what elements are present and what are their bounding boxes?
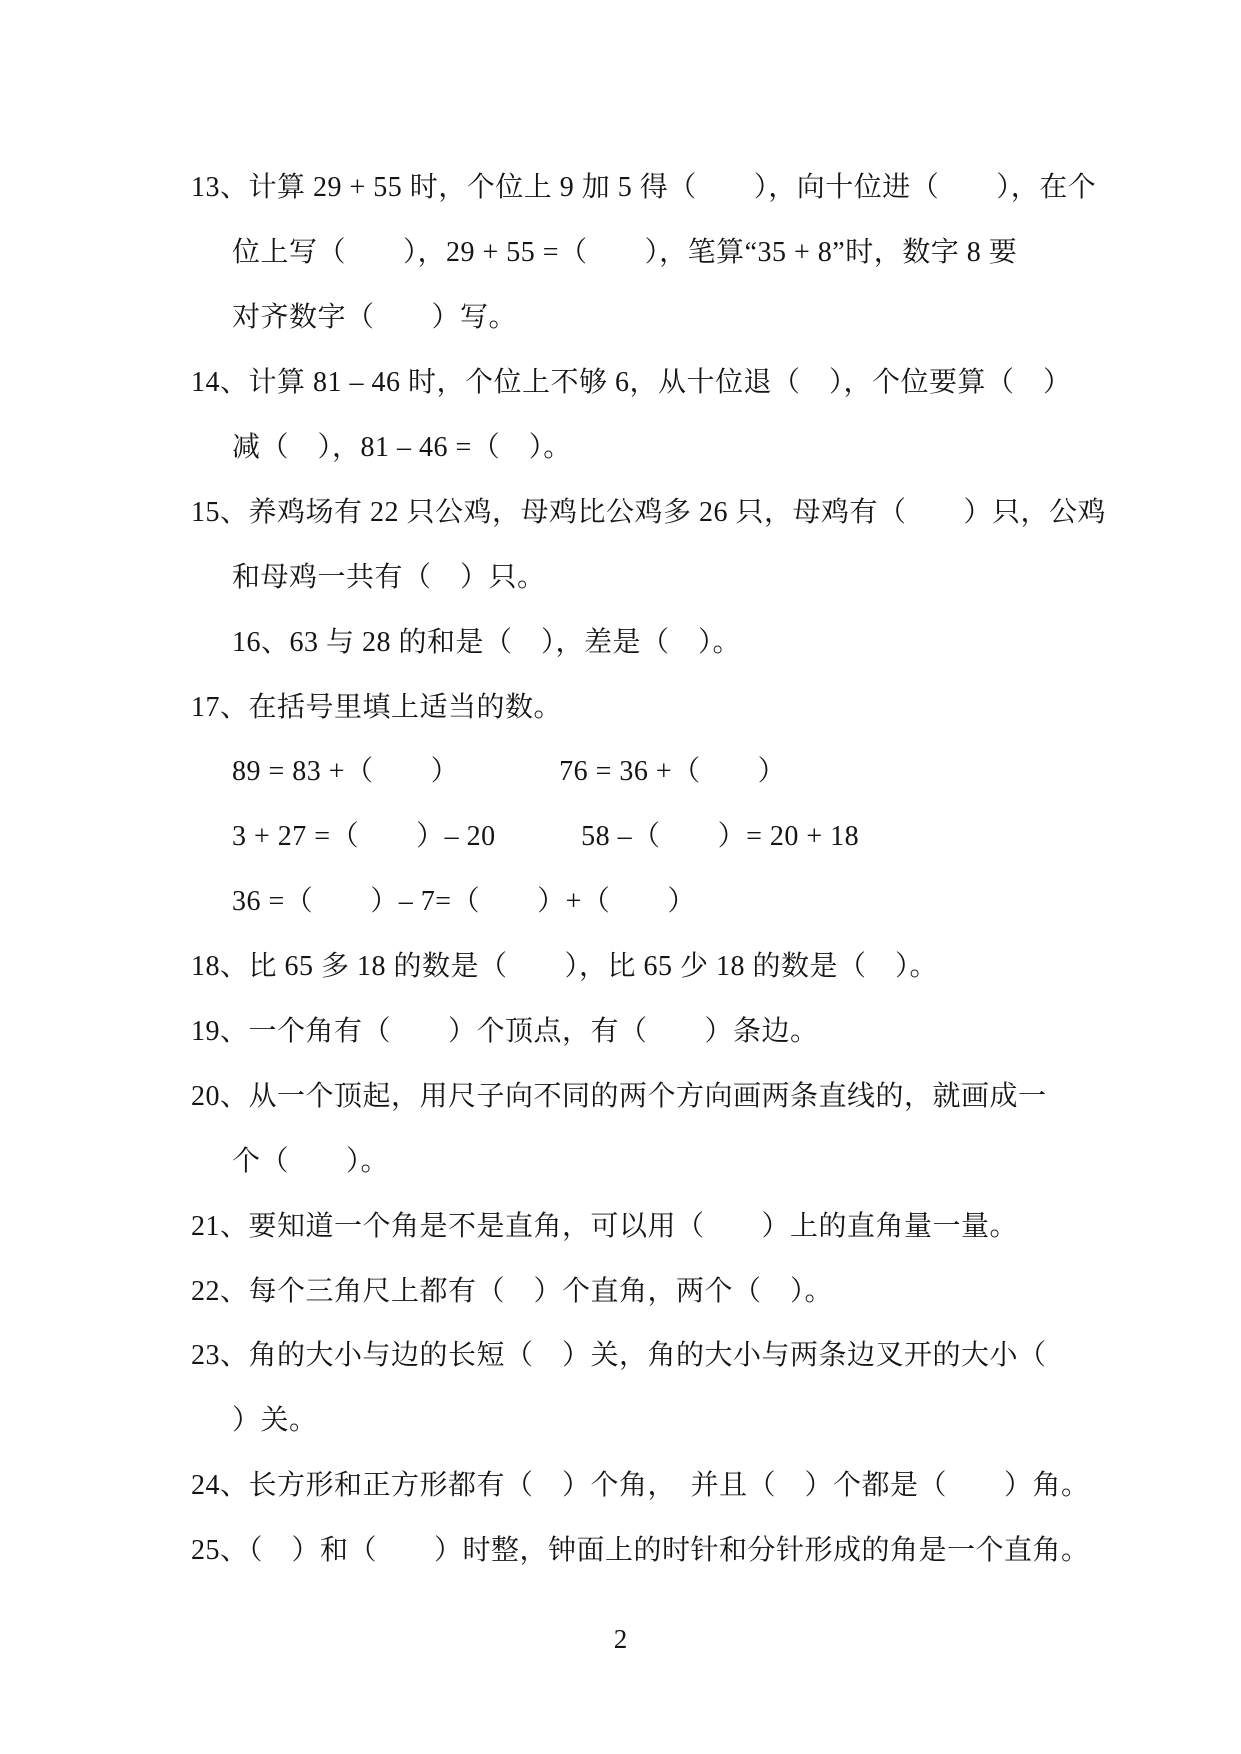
question-14-line-1: 14、计算 81 – 46 时，个位上不够 6，从十位退（ ），个位要算（ ） bbox=[0, 348, 1241, 413]
question-16-line: 16、63 与 28 的和是（ ），差是（ ）。 bbox=[0, 607, 1241, 672]
question-19-line: 19、一个角有（ ）个顶点，有（ ）条边。 bbox=[0, 997, 1241, 1062]
question-21-line: 21、要知道一个角是不是直角，可以用（ ）上的直角量一量。 bbox=[0, 1191, 1241, 1256]
question-14-line-2: 减（ ），81 – 46 =（ ）。 bbox=[0, 413, 1241, 478]
question-17-line: 17、在括号里填上适当的数。 bbox=[0, 672, 1241, 737]
question-15-line-1: 15、养鸡场有 22 只公鸡，母鸡比公鸡多 26 只，母鸡有（ ）只，公鸡 bbox=[0, 477, 1241, 542]
question-20-line-1: 20、从一个顶起，用尺子向不同的两个方向画两条直线的，就画成一 bbox=[0, 1061, 1241, 1126]
worksheet-body: 13、计算 29 + 55 时，个位上 9 加 5 得（ ），向十位进（ ），在… bbox=[0, 153, 1241, 1581]
worksheet-page: 13、计算 29 + 55 时，个位上 9 加 5 得（ ），向十位进（ ），在… bbox=[0, 0, 1241, 1754]
question-23-line-2: ）关。 bbox=[0, 1386, 1241, 1451]
question-23-line-1: 23、角的大小与边的长短（ ）关，角的大小与两条边叉开的大小（ bbox=[0, 1321, 1241, 1386]
question-15-line-2: 和母鸡一共有（ ）只。 bbox=[0, 542, 1241, 607]
question-18-line: 18、比 65 多 18 的数是（ ），比 65 少 18 的数是（ ）。 bbox=[0, 932, 1241, 997]
question-13-line-2: 位上写（ ），29 + 55 =（ ），笔算“35 + 8”时，数字 8 要 bbox=[0, 218, 1241, 283]
question-24-line: 24、长方形和正方形都有（ ）个角， 并且（ ）个都是（ ）角。 bbox=[0, 1451, 1241, 1516]
question-13-line-3: 对齐数字（ ）写。 bbox=[0, 283, 1241, 348]
question-25-line: 25、（ ）和（ ）时整，钟面上的时针和分针形成的角是一个直角。 bbox=[0, 1516, 1241, 1581]
question-17-equation-row-2: 3 + 27 =（ ）– 20 58 –（ ）= 20 + 18 bbox=[0, 802, 1241, 867]
question-20-line-2: 个（ ）。 bbox=[0, 1126, 1241, 1191]
question-22-line: 22、每个三角尺上都有（ ）个直角，两个（ ）。 bbox=[0, 1256, 1241, 1321]
question-17-equation-row-1: 89 = 83 +（ ） 76 = 36 +（ ） bbox=[0, 737, 1241, 802]
page-number: 2 bbox=[0, 1624, 1241, 1655]
question-17-equation-row-3: 36 =（ ）– 7=（ ）+（ ） bbox=[0, 867, 1241, 932]
question-13-line-1: 13、计算 29 + 55 时，个位上 9 加 5 得（ ），向十位进（ ），在… bbox=[0, 153, 1241, 218]
